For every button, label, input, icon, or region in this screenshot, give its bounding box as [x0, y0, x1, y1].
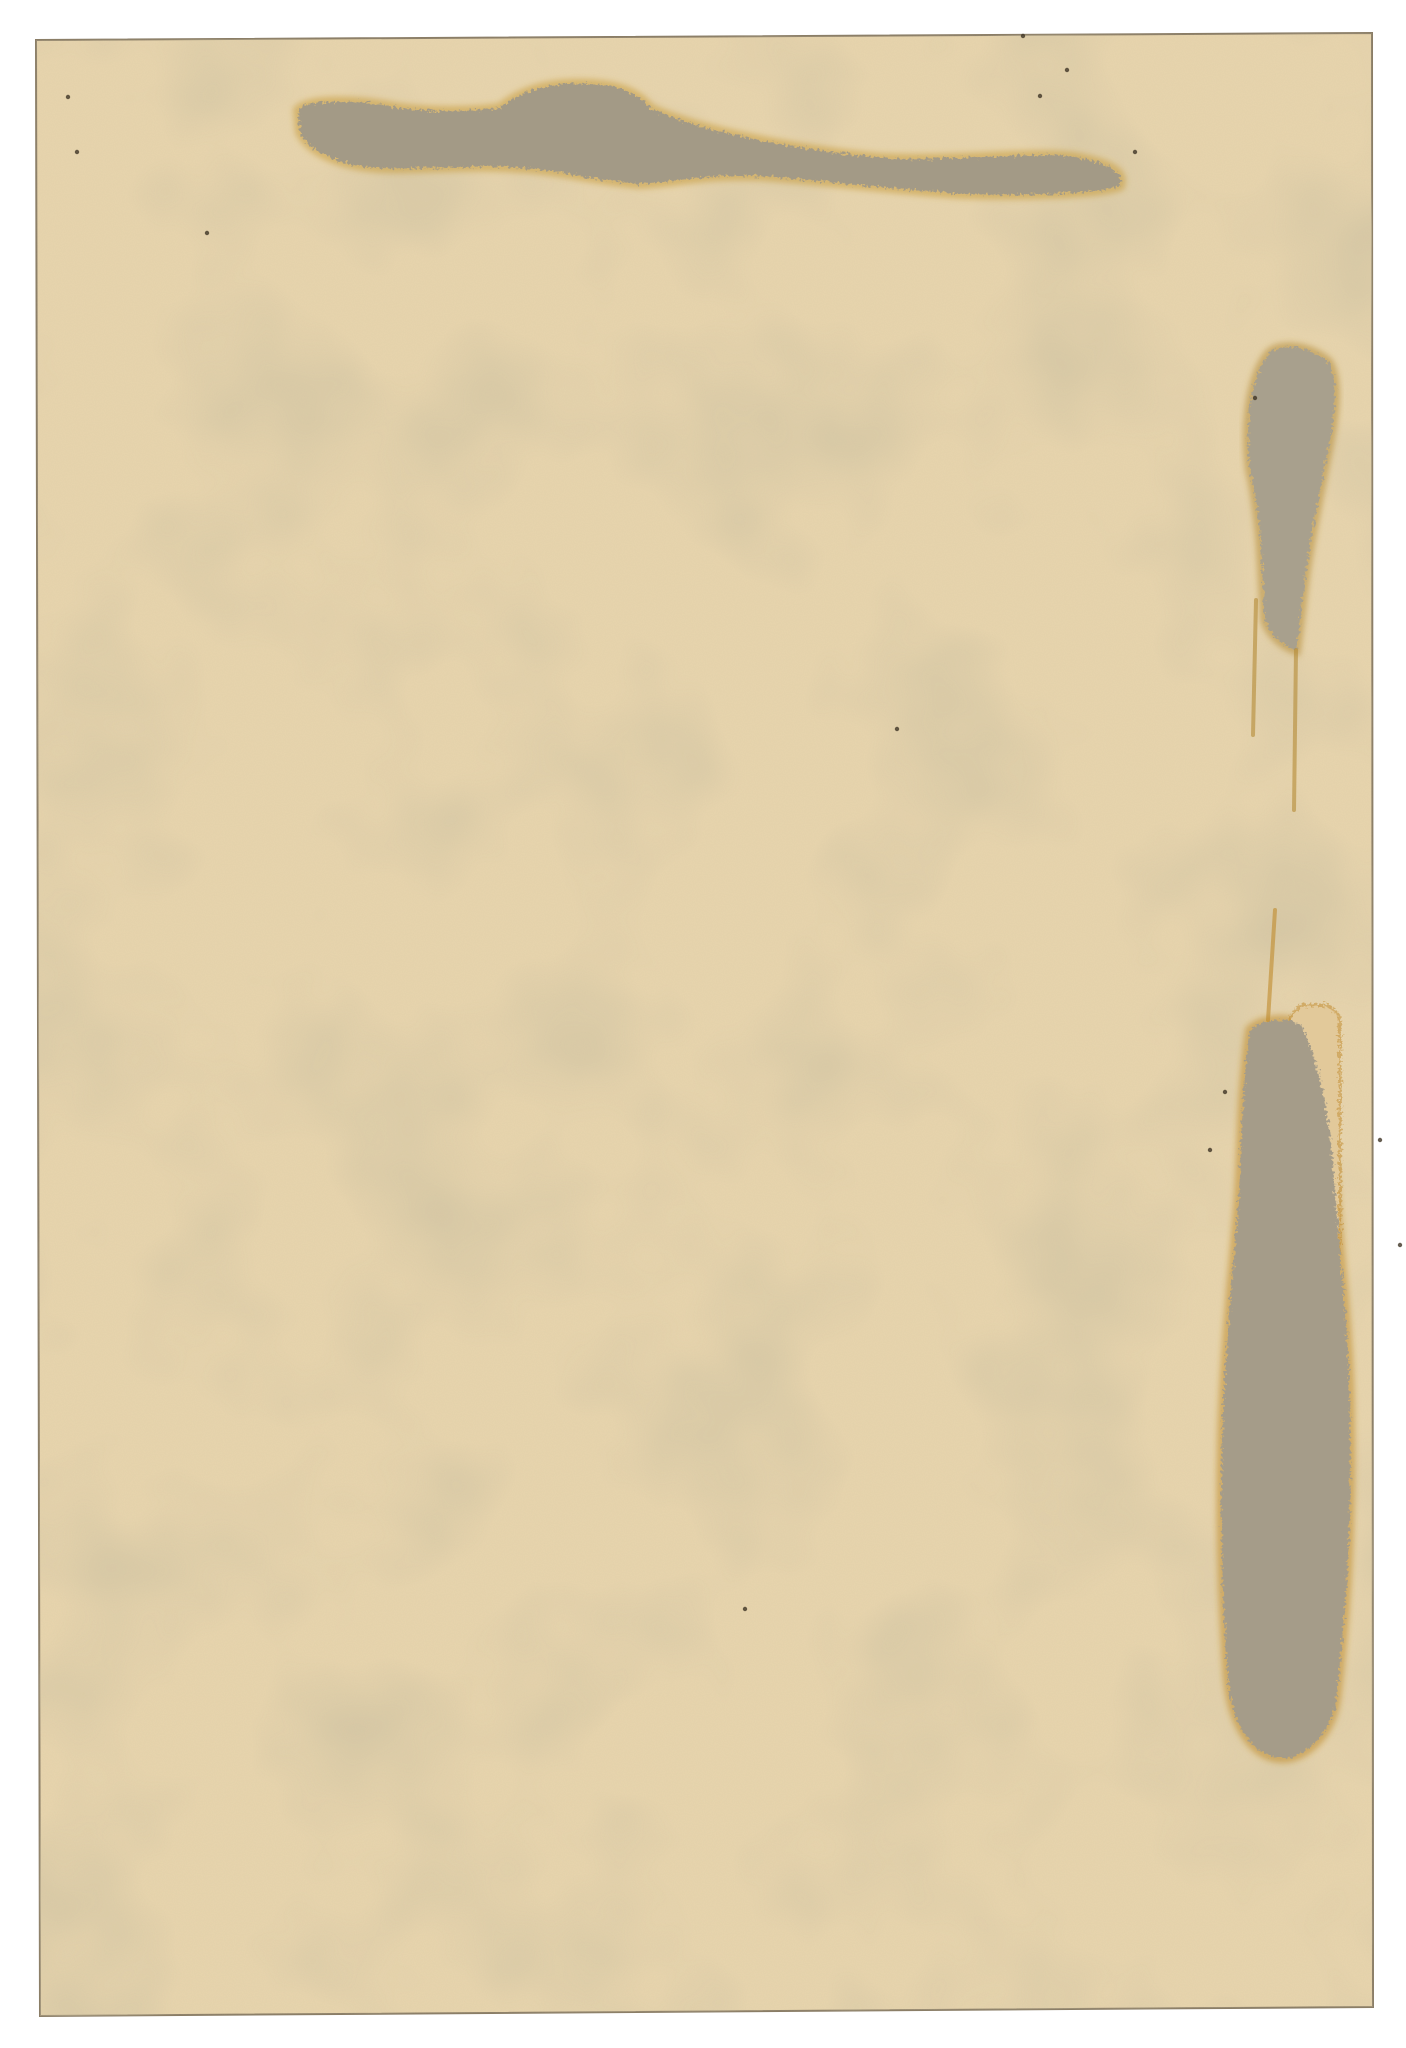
- card-scan: [0, 0, 1406, 2048]
- card-back-image: [0, 0, 1406, 2048]
- paper-grain: [36, 33, 1373, 2016]
